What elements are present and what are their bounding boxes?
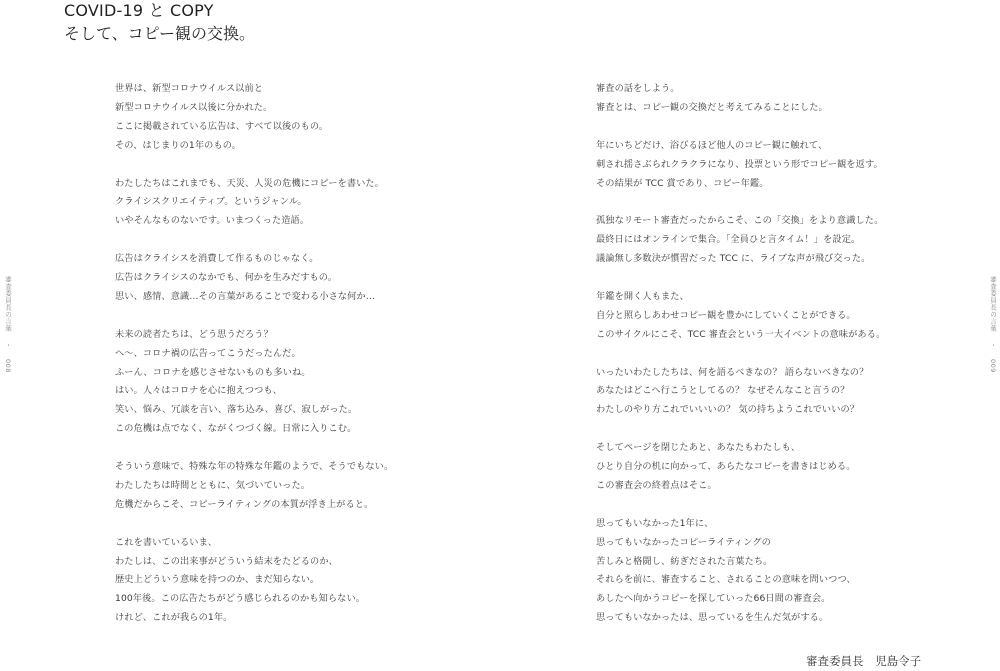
text-line: ひとり自分の机に向かって、あらたなコピーを書きはじめる。 (596, 458, 926, 477)
signature-name: 児島令子 (875, 654, 921, 668)
text-line: 広告はクライシスのなかでも、何かを生みだすもの。 (115, 269, 445, 288)
text-line: けれど、これが我らの1年。 (115, 609, 445, 628)
text-line: それらを前に、審査すること、されることの意味を問いつつ、 (596, 571, 926, 590)
text-line: ふーん、コロナを感じさせないものも多いね。 (115, 364, 445, 383)
paragraph: 孤独なリモート審査だったからこそ、この「交換」をより意識した。最終日にはオンライ… (596, 212, 926, 269)
paragraph: 審査の話をしよう。審査とは、コピー観の交換だと考えてみることにした。 (596, 80, 926, 118)
text-line: クライシスクリエイティブ。というジャンル。 (115, 193, 445, 212)
text-line: この危機は点でなく、ながくつづく線。日常に入りこむ。 (115, 420, 445, 439)
text-line: 苦しみと格闘し、紡ぎだされた言葉たち。 (596, 553, 926, 572)
paragraph: わたしたちはこれまでも、天災、人災の危機にコピーを書いた。クライシスクリエイティ… (115, 175, 445, 232)
left-section-label: 審査委員長の言葉 (4, 276, 12, 332)
text-line: はい。人々はコロナを心に抱えつつも、 (115, 382, 445, 401)
text-line: わたしは、この出来事がどういう結末をたどるのか、 (115, 553, 445, 572)
paragraph: 年鑑を開く人もまた、自分と照らしあわせコピー観を豊かにしていくことができる。この… (596, 288, 926, 345)
left-page-number: 008 (4, 359, 12, 373)
text-line: この審査会の終着点はそこ。 (596, 477, 926, 496)
text-line: あなたはどこへ行こうとしてるの？ なぜそんなこと言うの？ (596, 382, 926, 401)
right-column-body: 審査の話をしよう。審査とは、コピー観の交換だと考えてみることにした。年にいちどだ… (596, 80, 926, 647)
left-page-label: 審査委員長の言葉・008 (3, 276, 13, 373)
text-line: 孤独なリモート審査だったからこそ、この「交換」をより意識した。 (596, 212, 926, 231)
right-label-dot: ・ (988, 342, 998, 349)
text-line: 世界は、新型コロナウイルス以前と (115, 80, 445, 99)
text-line: 議論無し多数決が慣習だった TCC に、ライブな声が飛び交った。 (596, 250, 926, 269)
text-line: いったいわたしたちは、何を語るべきなの？ 語らないべきなの？ (596, 364, 926, 383)
right-page-label: 審査委員長の言葉・009 (988, 276, 998, 373)
left-column-body: 世界は、新型コロナウイルス以前と新型コロナウイルス以後に分かれた。ここに掲載され… (115, 80, 445, 647)
text-line: 思ってもいなかった1年に、 (596, 515, 926, 534)
text-line: 未来の読者たちは、どう思うだろう？ (115, 326, 445, 345)
left-label-dot: ・ (3, 342, 13, 349)
text-line: そしてページを閉じたあと、あなたもわたしも、 (596, 439, 926, 458)
text-line: 笑い、悩み、冗談を言い、落ち込み、喜び、寂しがった。 (115, 401, 445, 420)
text-line: 歴史上どういう意味を持つのか、まだ知らない。 (115, 571, 445, 590)
signature: 審査委員長 児島令子 (806, 653, 921, 669)
paragraph: いったいわたしたちは、何を語るべきなの？ 語らないべきなの？あなたはどこへ行こう… (596, 364, 926, 421)
signature-role: 審査委員長 (806, 654, 864, 668)
text-line: そういう意味で、特殊な年の特殊な年鑑のようで、そうでもない。 (115, 458, 445, 477)
text-line: ここに掲載されている広告は、すべて以後のもの。 (115, 118, 445, 137)
right-section-label: 審査委員長の言葉 (989, 276, 997, 332)
paragraph: 未来の読者たちは、どう思うだろう？へ〜、コロナ禍の広告ってこうだったんだ。ふーん… (115, 326, 445, 439)
text-line: 新型コロナウイルス以後に分かれた。 (115, 99, 445, 118)
text-line: あしたへ向かうコピーを探していった66日間の審査会。 (596, 590, 926, 609)
paragraph: そういう意味で、特殊な年の特殊な年鑑のようで、そうでもない。わたしたちは時間とと… (115, 458, 445, 515)
page-title-block: COVID-19 と COPY そして、コピー観の交換。 (64, 0, 255, 45)
text-line: その、はじまりの1年のもの。 (115, 137, 445, 156)
text-line: 審査の話をしよう。 (596, 80, 926, 99)
paragraph: 思ってもいなかった1年に、思ってもいなかったコピーライティングの苦しみと格闘し、… (596, 515, 926, 628)
text-line: 広告はクライシスを消費して作るものじゃなく。 (115, 250, 445, 269)
text-line: 審査とは、コピー観の交換だと考えてみることにした。 (596, 99, 926, 118)
text-line: 危機だからこそ、コピーライティングの本質が浮き上がると。 (115, 496, 445, 515)
text-line: へ〜、コロナ禍の広告ってこうだったんだ。 (115, 345, 445, 364)
text-line: 年にいちどだけ、浴びるほど他人のコピー観に触れて、 (596, 137, 926, 156)
text-line: 年鑑を開く人もまた、 (596, 288, 926, 307)
paragraph: 年にいちどだけ、浴びるほど他人のコピー観に触れて、刺され揺さぶられクラクラになり… (596, 137, 926, 194)
text-line: その結果が TCC 賞であり、コピー年鑑。 (596, 175, 926, 194)
text-line: いやそんなものないです。いまつくった造語。 (115, 212, 445, 231)
text-line: 思い、感情、意識…その言葉があることで変わる小さな何か… (115, 288, 445, 307)
title-japanese: そして、コピー観の交換。 (64, 23, 255, 45)
paragraph: 世界は、新型コロナウイルス以前と新型コロナウイルス以後に分かれた。ここに掲載され… (115, 80, 445, 156)
title-english: COVID-19 と COPY (64, 1, 255, 21)
text-line: 思ってもいなかったは、思っているを生んだ気がする。 (596, 609, 926, 628)
paragraph: そしてページを閉じたあと、あなたもわたしも、ひとり自分の机に向かって、あらたなコ… (596, 439, 926, 496)
paragraph: 広告はクライシスを消費して作るものじゃなく。広告はクライシスのなかでも、何かを生… (115, 250, 445, 307)
text-line: 自分と照らしあわせコピー観を豊かにしていくことができる。 (596, 307, 926, 326)
text-line: わたしたちは時間とともに、気づいていった。 (115, 477, 445, 496)
right-page-number: 009 (989, 359, 997, 373)
text-line: わたしたちはこれまでも、天災、人災の危機にコピーを書いた。 (115, 175, 445, 194)
text-line: わたしのやり方これでいいいの？ 気の持ちようこれでいいの？ (596, 401, 926, 420)
paragraph: これを書いているいま、わたしは、この出来事がどういう結末をたどるのか、歴史上どう… (115, 534, 445, 629)
text-line: このサイクルにこそ、TCC 審査会という一大イベントの意味がある。 (596, 326, 926, 345)
text-line: これを書いているいま、 (115, 534, 445, 553)
text-line: 100年後。この広告たちがどう感じられるのかも知らない。 (115, 590, 445, 609)
text-line: 思ってもいなかったコピーライティングの (596, 534, 926, 553)
text-line: 最終日にはオンラインで集合。「全員ひと言タイム！」を設定。 (596, 231, 926, 250)
text-line: 刺され揺さぶられクラクラになり、投票という形でコピー観を返す。 (596, 156, 926, 175)
